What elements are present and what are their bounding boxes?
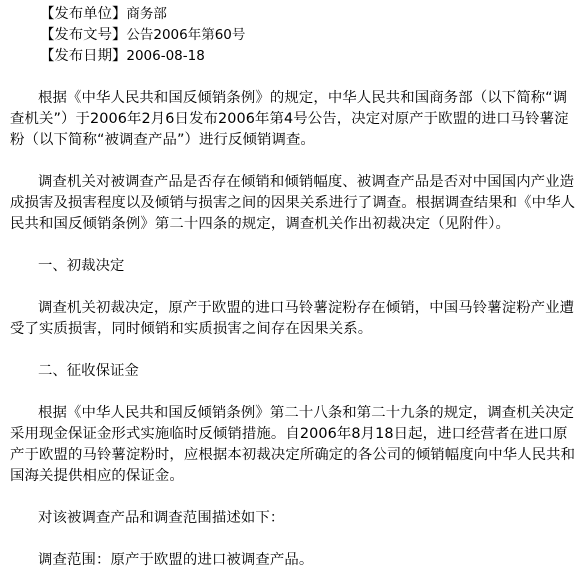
section-heading-deposit: 二、征收保证金 — [10, 361, 580, 382]
paragraph-investigation: 调查机关对被调查产品是否存在倾销和倾销幅度、被调查产品是否对中国国内产业造成损害… — [10, 172, 580, 235]
spacer — [10, 151, 580, 172]
meta-document-number: 【发布文号】公告2006年第60号 — [40, 25, 580, 46]
meta-issuing-unit: 【发布单位】商务部 — [40, 4, 580, 25]
meta-issue-date: 【发布日期】2006-08-18 — [40, 46, 580, 67]
spacer — [10, 67, 580, 88]
paragraph-preliminary-ruling: 调查机关初裁决定，原产于欧盟的进口马铃薯淀粉存在倾销，中国马铃薯淀粉产业遭受了实… — [10, 298, 580, 340]
paragraph-investigation-scope: 调查范围：原产于欧盟的进口被调查产品。 — [10, 550, 580, 571]
section-heading-preliminary-ruling: 一、初裁决定 — [10, 256, 580, 277]
meta-key-issue-date: 【发布日期】 — [40, 48, 126, 64]
announcement-document: 【发布单位】商务部 【发布文号】公告2006年第60号 【发布日期】2006-0… — [10, 4, 580, 571]
meta-key-document-number: 【发布文号】 — [40, 27, 126, 43]
spacer — [10, 277, 580, 298]
spacer — [10, 487, 580, 508]
meta-value-document-number: 公告2006年第60号 — [126, 27, 245, 43]
spacer — [10, 382, 580, 403]
meta-value-issue-date: 2006-08-18 — [126, 48, 204, 64]
paragraph-intro: 根据《中华人民共和国反倾销条例》的规定，中华人民共和国商务部（以下简称“调查机关… — [10, 88, 580, 151]
meta-value-issuing-unit: 商务部 — [126, 6, 167, 22]
paragraph-product-description-intro: 对该被调查产品和调查范围描述如下： — [10, 508, 580, 529]
document-metadata: 【发布单位】商务部 【发布文号】公告2006年第60号 【发布日期】2006-0… — [40, 4, 580, 67]
paragraph-deposit: 根据《中华人民共和国反倾销条例》第二十八条和第二十九条的规定，调查机关决定采用现… — [10, 403, 580, 487]
meta-key-issuing-unit: 【发布单位】 — [40, 6, 126, 22]
spacer — [10, 235, 580, 256]
spacer — [10, 529, 580, 550]
spacer — [10, 340, 580, 361]
